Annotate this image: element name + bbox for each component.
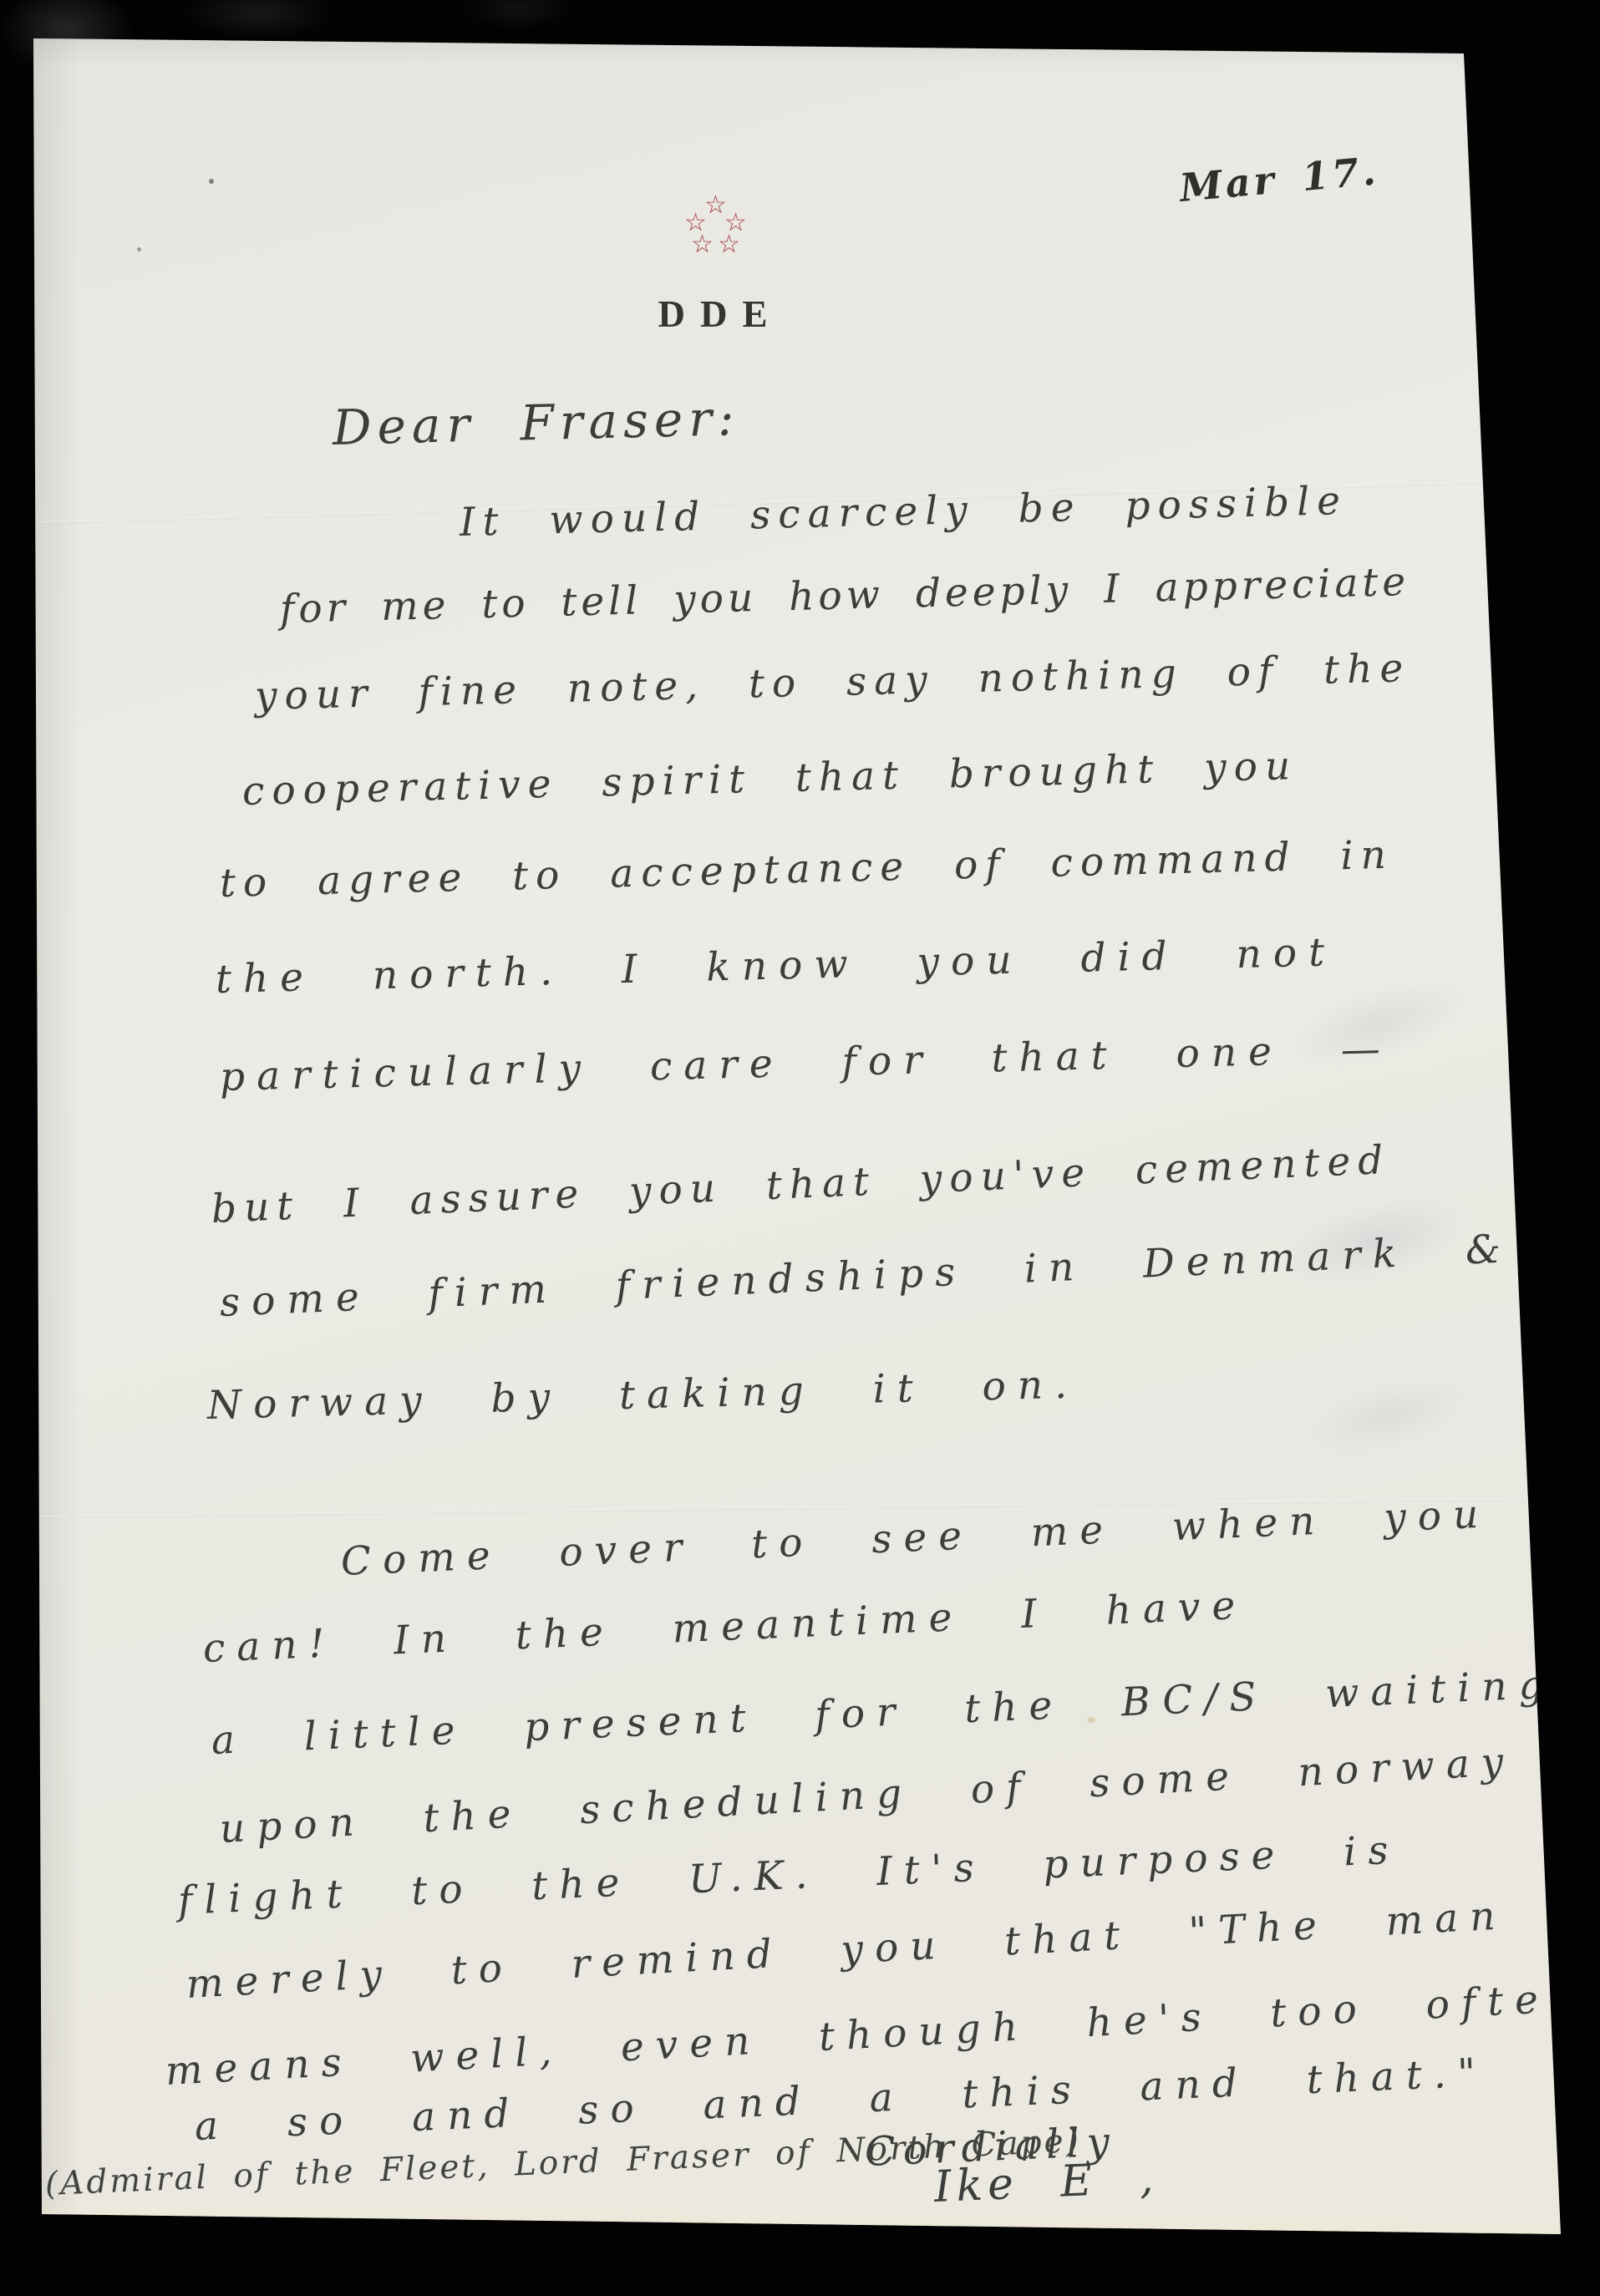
handwritten-line: to agree to acceptance of command in: [219, 832, 1394, 907]
handwritten-line: for me to tell you how deeply I apprecia…: [279, 559, 1410, 632]
paper-cut-edge: [23, 2197, 1577, 2257]
star-icon: ☆: [718, 232, 740, 257]
star-icon: ☆: [691, 232, 714, 257]
handwritten-line: cooperative spirit that brought you: [241, 743, 1298, 815]
handwritten-line: Norway by taking it on.: [206, 1362, 1079, 1429]
handwritten-line: some firm friendships in Denmark &: [219, 1226, 1513, 1326]
handwritten-line: particularly care for that one —: [219, 1026, 1392, 1100]
ink-bleed-ghost: [1262, 1340, 1511, 1493]
five-star-insignia: ☆ ☆ ☆ ☆ ☆: [685, 195, 749, 260]
photo-noise: [434, 0, 602, 38]
handwritten-line: but I assure you that you've cemented: [211, 1137, 1392, 1232]
handwritten-line: can! In the meantime I have: [202, 1582, 1247, 1672]
handwritten-line: It would scarcely be possible: [459, 478, 1348, 546]
letterhead-initials: DDE: [620, 292, 820, 336]
handwritten-line: the north. I know you did not: [215, 929, 1336, 1003]
dust-speck: [137, 247, 141, 251]
letter-paper: ☆ ☆ ☆ ☆ ☆ DDE Mar 17. Dear Fraser: It wo…: [0, 0, 1600, 2296]
handwritten-date: Mar 17.: [1178, 148, 1381, 211]
letter-photograph: ☆ ☆ ☆ ☆ ☆ DDE Mar 17. Dear Fraser: It wo…: [0, 0, 1600, 2296]
salutation: Dear Fraser:: [332, 389, 740, 456]
paper-edge-shading: [32, 33, 82, 2222]
handwritten-line: your fine note, to say nothing of the: [254, 645, 1410, 719]
star-icon: ☆: [704, 193, 727, 218]
dust-speck: [209, 179, 214, 184]
